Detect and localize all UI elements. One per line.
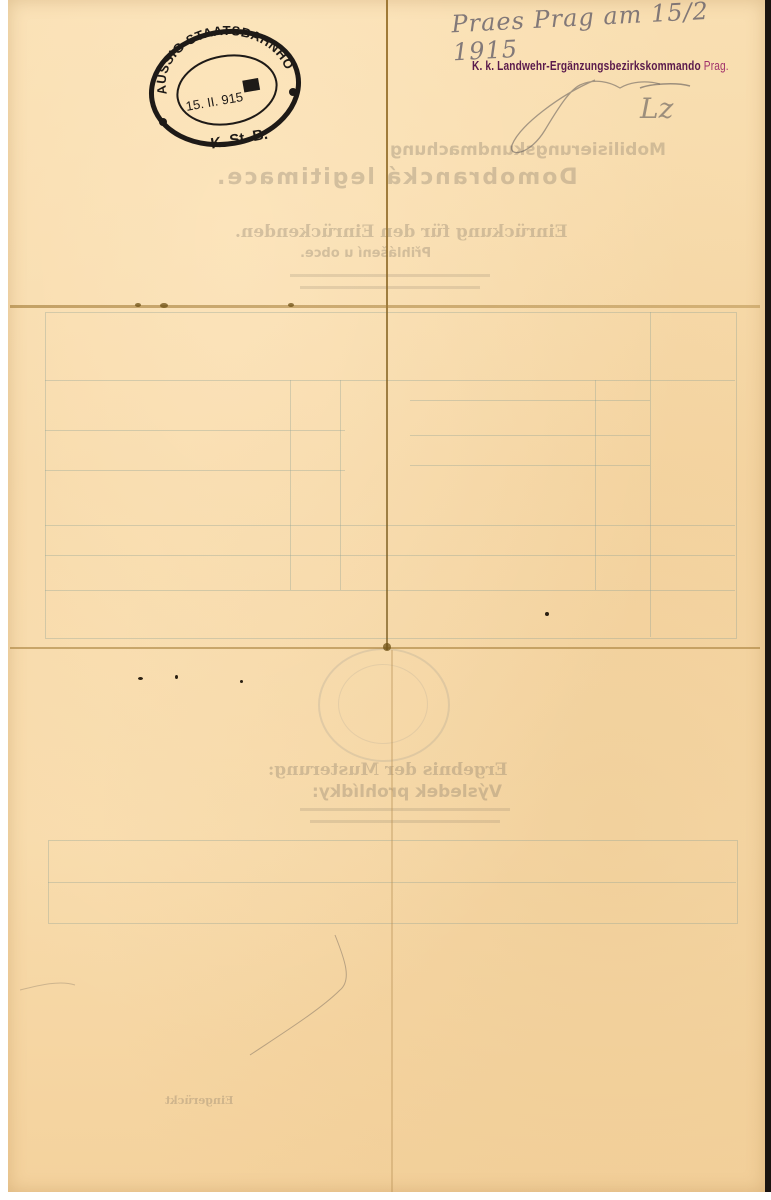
ghost-table-rule — [45, 590, 735, 591]
ghost-title-3: Einrückung für den Einrückenden. — [235, 222, 568, 242]
ghost-table-rule — [410, 465, 650, 466]
ghost-seal-inner — [338, 664, 428, 744]
ghost-table-rule — [45, 525, 735, 526]
ghost-title-2: Domobrancká legitimace. — [215, 165, 578, 190]
ink-speck — [240, 680, 243, 683]
stain — [160, 303, 168, 308]
ghost-results-heading-2: Výsledek prohlídky: — [312, 782, 502, 802]
ghost-table-rule — [410, 435, 650, 436]
command-stamp-city: Prag. — [704, 58, 729, 73]
stain — [135, 303, 141, 307]
postmark-arc-text: AUSSIG STAATSBAHNHOF — [145, 22, 297, 96]
ghost-table-rule — [45, 555, 735, 556]
ghost-table-rule — [45, 470, 345, 471]
pencil-signature-icon: Lz — [500, 70, 700, 160]
ghost-title-4: Přihlášení u obce. — [300, 246, 431, 261]
ghost-table-rule — [45, 380, 735, 381]
stain — [383, 643, 391, 651]
signature-initials: Lz — [639, 92, 674, 125]
ghost-small-print — [290, 274, 490, 277]
ghost-seal — [318, 648, 450, 762]
fold-crease-vertical-lower — [391, 650, 393, 1192]
ghost-table-rule — [340, 380, 341, 590]
ghost-small-print — [300, 286, 480, 289]
railway-postmark-icon: AUSSIG STAATSBAHNHOF 15. II. 915 K. St. … — [145, 22, 305, 152]
ink-speck — [175, 675, 178, 679]
fold-crease-horizontal-upper — [10, 305, 760, 308]
ghost-table-rule — [410, 400, 650, 401]
pencil-stroke-icon — [20, 930, 350, 1070]
ink-speck — [545, 612, 549, 616]
ghost-table-rule — [650, 312, 651, 637]
ghost-footer-heading: Eingerückt — [165, 1094, 233, 1107]
fold-crease-vertical — [386, 0, 388, 650]
ghost-table-rule — [595, 380, 596, 590]
svg-text:AUSSIG STAATSBAHNHOF: AUSSIG STAATSBAHNHOF — [145, 22, 297, 96]
ghost-small-print — [300, 808, 510, 811]
postmark-bottom-text: K. St. B. — [209, 126, 269, 152]
ink-speck — [138, 677, 143, 680]
ghost-results-heading-1: Ergebnis der Musterung: — [268, 760, 508, 780]
ghost-small-print — [310, 820, 500, 823]
scan-edge-right — [765, 0, 771, 1200]
ghost-table-rule — [290, 380, 291, 590]
postmark-date: 15. II. 915 — [185, 89, 245, 114]
ghost-table-rule — [45, 430, 345, 431]
scan-edge-bottom — [0, 1192, 771, 1200]
stain — [288, 303, 294, 307]
